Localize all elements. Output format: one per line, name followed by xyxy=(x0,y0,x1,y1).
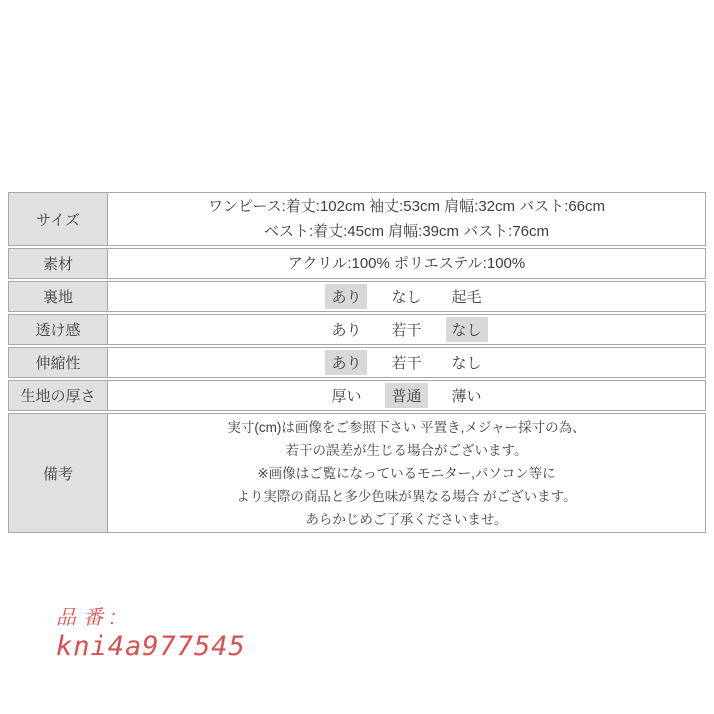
remarks-line-1: 実寸(cm)は画像をご参照下さい 平置き,メジャー採寸の為、 xyxy=(227,416,585,439)
lining-option-ari: あり xyxy=(325,284,367,309)
thickness-value-cell: 厚い 普通 薄い xyxy=(108,380,706,411)
row-label-stretch: 伸縮性 xyxy=(8,347,108,378)
row-label-thickness: 生地の厚さ xyxy=(8,380,108,411)
remarks-line-4: より実際の商品と多少色味が異なる場合 がございます。 xyxy=(236,485,576,508)
spec-row-lining: 裏地 あり なし 起毛 xyxy=(8,281,706,312)
lining-options: あり なし 起毛 xyxy=(316,284,496,309)
size-line-2: ベスト:着丈:45cm 肩幅:39cm バスト:76cm xyxy=(264,219,549,244)
remarks-line-3: ※画像はご覧になっているモニター,パソコン等に xyxy=(257,462,555,485)
stretch-option-nashi: なし xyxy=(446,350,488,375)
row-label-remarks: 備考 xyxy=(8,413,108,533)
row-label-lining: 裏地 xyxy=(8,281,108,312)
thickness-option-futsuu: 普通 xyxy=(385,383,427,408)
remarks-value-cell: 実寸(cm)は画像をご参照下さい 平置き,メジャー採寸の為、 若干の誤差が生じる… xyxy=(108,413,706,533)
sheerness-options: あり 若干 なし xyxy=(316,317,496,342)
lining-option-kimo: 起毛 xyxy=(446,284,488,309)
product-spec-page: サイズ ワンピース:着丈:102cm 袖丈:53cm 肩幅:32cm バスト:6… xyxy=(0,0,714,714)
stretch-options: あり 若干 なし xyxy=(316,350,496,375)
row-label-material: 素材 xyxy=(8,248,108,279)
stretch-option-ari: あり xyxy=(325,350,367,375)
thickness-option-usui: 薄い xyxy=(446,383,488,408)
remarks-line-2: 若干の誤差が生じる場合がございます。 xyxy=(286,439,528,462)
row-label-sheerness: 透け感 xyxy=(8,314,108,345)
sheerness-option-jakkan: 若干 xyxy=(385,317,427,342)
product-spec-table: サイズ ワンピース:着丈:102cm 袖丈:53cm 肩幅:32cm バスト:6… xyxy=(8,192,706,533)
sheerness-option-ari: あり xyxy=(325,317,367,342)
sheerness-value-cell: あり 若干 なし xyxy=(108,314,706,345)
lining-value-cell: あり なし 起毛 xyxy=(108,281,706,312)
material-value-cell: アクリル:100% ポリエステル:100% xyxy=(108,248,706,279)
remarks-line-5: あらかじめご了承くださいませ。 xyxy=(305,508,507,531)
material-value: アクリル:100% ポリエステル:100% xyxy=(288,251,525,276)
product-number-value: kni4a977545 xyxy=(56,632,246,662)
product-number-block: 品番: kni4a977545 xyxy=(56,604,246,662)
thickness-option-atsui: 厚い xyxy=(325,383,367,408)
spec-row-material: 素材 アクリル:100% ポリエステル:100% xyxy=(8,248,706,279)
spec-row-thickness: 生地の厚さ 厚い 普通 薄い xyxy=(8,380,706,411)
thickness-options: 厚い 普通 薄い xyxy=(316,383,496,408)
lining-option-nashi: なし xyxy=(385,284,427,309)
stretch-option-jakkan: 若干 xyxy=(385,350,427,375)
spec-row-size: サイズ ワンピース:着丈:102cm 袖丈:53cm 肩幅:32cm バスト:6… xyxy=(8,192,706,246)
size-line-1: ワンピース:着丈:102cm 袖丈:53cm 肩幅:32cm バスト:66cm xyxy=(208,194,605,219)
row-label-size: サイズ xyxy=(8,192,108,246)
product-number-label: 品番: xyxy=(56,604,246,632)
spec-row-stretch: 伸縮性 あり 若干 なし xyxy=(8,347,706,378)
size-value-cell: ワンピース:着丈:102cm 袖丈:53cm 肩幅:32cm バスト:66cm … xyxy=(108,192,706,246)
spec-row-remarks: 備考 実寸(cm)は画像をご参照下さい 平置き,メジャー採寸の為、 若干の誤差が… xyxy=(8,413,706,533)
spec-row-sheerness: 透け感 あり 若干 なし xyxy=(8,314,706,345)
stretch-value-cell: あり 若干 なし xyxy=(108,347,706,378)
sheerness-option-nashi: なし xyxy=(446,317,488,342)
